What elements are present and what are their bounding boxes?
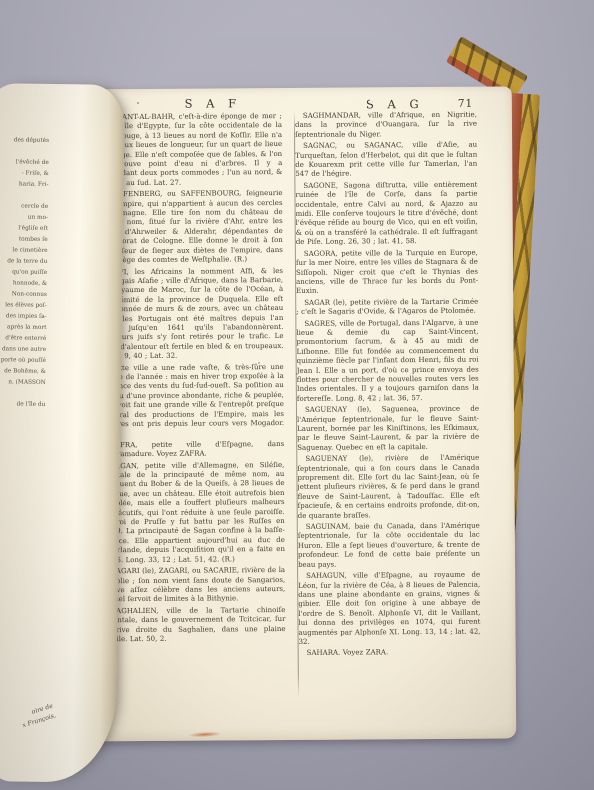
text-column-left: SAFANT-AL-BAHR, c'eſt-à-dire éponge de m… — [100, 112, 286, 662]
text-fragment: dans une autre — [0, 344, 49, 356]
entry-paragraph: SAFANT-AL-BAHR, c'eſt-à-dire éponge de m… — [100, 112, 283, 189]
entry-paragraph: SAGARI (le), ZAGARI, ou SACARIE, rivière… — [103, 566, 285, 605]
facing-page-curled-edge: des députés l'évêché de- Friſe, &haria. … — [0, 83, 125, 783]
entry-paragraph: SAGNAC, ou SAGANAC, ville d'Aſie, au Tur… — [295, 141, 477, 180]
photograph-of-open-book: S A F S A G 71 SAFANT-AL-BAHR, c'eſt-à-d… — [0, 0, 594, 790]
text-fragment: qu'on puiſſe — [0, 267, 50, 279]
entry-paragraph: SAFI, les Africains la nomment Aſfi, & l… — [101, 266, 284, 361]
text-fragment: de la terre du — [0, 256, 50, 268]
facing-page-text-fragments: des députés l'évêché de- Friſe, &haria. … — [0, 135, 52, 411]
entry-paragraph: SAGONE, Sagona diſtrutta, ville entièrem… — [295, 180, 477, 247]
text-fragment: de Bohême, & — [0, 366, 49, 378]
entry-paragraph: SAFFENBERG, ou SAFFENBOURG, ſeigneurie d… — [100, 189, 283, 266]
running-title-left: S A F — [185, 96, 242, 110]
entry-paragraph: SAFRA, petite ville d'Eſpagne, dans l'Eſ… — [102, 440, 284, 460]
entry-paragraph: SAHARA. Voyez ZARA. — [299, 648, 481, 659]
text-column-right: SAGHMANDAR, ville d'Afrique, en Nigritie… — [295, 111, 481, 661]
page-number: 71 — [458, 98, 473, 110]
text-fragment: haria. Fri- — [0, 179, 52, 191]
entry-paragraph: SAGHMANDAR, ville d'Afrique, en Nigritie… — [295, 111, 477, 140]
text-fragment — [0, 388, 49, 400]
text-fragment: - Friſe, & — [0, 168, 52, 180]
text-fragment: tombes ſe — [0, 234, 51, 246]
dust-speck — [258, 362, 260, 364]
text-fragment: un mo- — [0, 212, 51, 224]
entry-paragraph: SAGUINAM, baie du Canada, dans l'Amériqu… — [298, 522, 480, 570]
text-fragment — [0, 146, 52, 158]
dust-speck — [137, 102, 139, 104]
text-fragment: n. (MASSON — [0, 377, 49, 389]
entry-paragraph: SAGUENAY (le), rivière de l'Amérique ſep… — [297, 454, 479, 521]
text-fragment: le cimetière — [0, 245, 51, 257]
dust-speck — [370, 99, 373, 102]
text-fragment: de l'île du — [0, 399, 48, 411]
text-fragment: cercle de — [0, 201, 51, 213]
text-fragment: après la mort — [0, 322, 50, 334]
entry-paragraph: SAGAR (le), petite rivière de la Tartari… — [296, 297, 478, 317]
text-block: SAFANT-AL-BAHR, c'eſt-à-dire éponge de m… — [100, 111, 498, 662]
text-fragment: des impies ſa- — [0, 311, 50, 323]
entry-paragraph: Cette ville a une rade vaſte, & très-ſûr… — [102, 363, 285, 440]
text-fragment: l'égliſe eſt — [0, 223, 51, 235]
text-fragment: les élèves poſ- — [0, 300, 50, 312]
text-fragment — [0, 190, 51, 202]
facing-page-bottom-fragments: oire dex François, — [0, 702, 57, 742]
entry-paragraph: SAHAGUN, ville d'Eſpagne, au royaume de … — [298, 571, 481, 648]
text-fragment: Non-connus — [0, 289, 50, 301]
text-fragment: porte où pouſſé — [0, 355, 49, 367]
entry-paragraph: SAGHALIEN, ville de la Tartarie chinoiſe… — [103, 606, 285, 645]
entry-paragraph: SAGAN, petite ville d'Allemagne, en Silé… — [102, 461, 285, 566]
text-fragment: des députés — [0, 135, 52, 147]
running-title-right: S A G — [366, 97, 424, 111]
text-fragment: d'être enterré — [0, 333, 49, 345]
entry-paragraph: SAGRES, ville de Portugal, dans l'Algarv… — [296, 318, 479, 404]
entry-paragraph: SAGUENAY (le), Saguenea, province de l'A… — [297, 405, 479, 453]
text-fragment: honnode, & — [0, 278, 50, 290]
entry-paragraph: SAGORA, petite ville de la Turquie en Eu… — [296, 248, 478, 296]
text-fragment: l'évêché de — [0, 157, 52, 169]
